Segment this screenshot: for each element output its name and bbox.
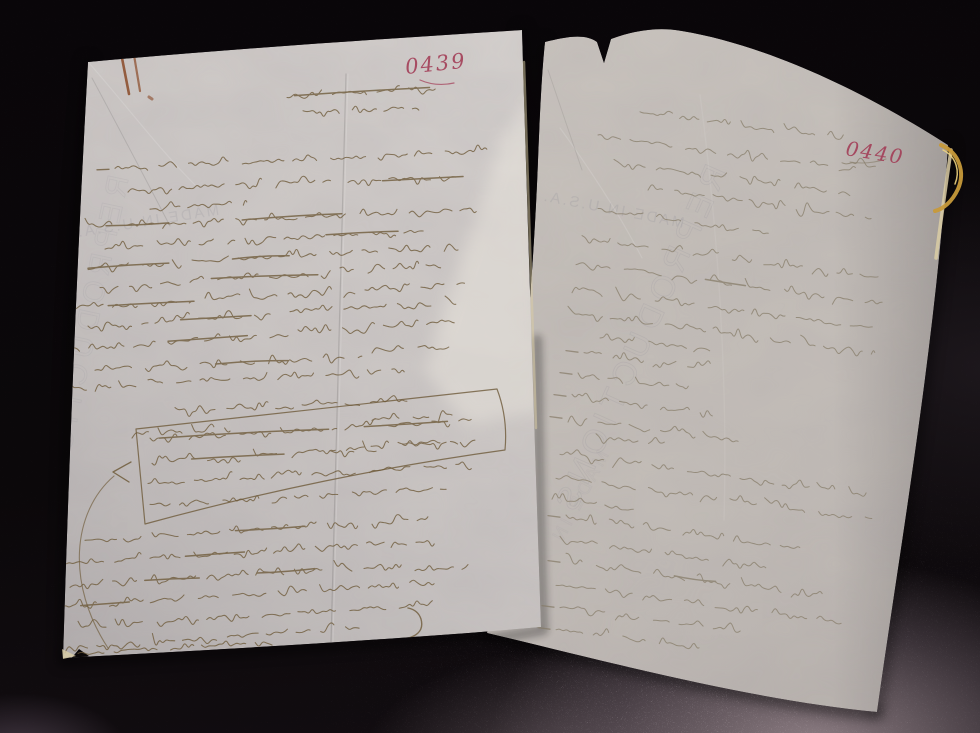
photo-of-manuscript-pages: MADE IN U.S.A.REPRODUCTIONSMADE IN0440MA… (0, 0, 980, 733)
manuscript-photo: MADE IN U.S.A.REPRODUCTIONSMADE IN0440MA… (0, 0, 980, 733)
manuscript-scene: MADE IN U.S.A.REPRODUCTIONSMADE IN0440MA… (0, 0, 980, 733)
photo-grain (0, 0, 980, 733)
